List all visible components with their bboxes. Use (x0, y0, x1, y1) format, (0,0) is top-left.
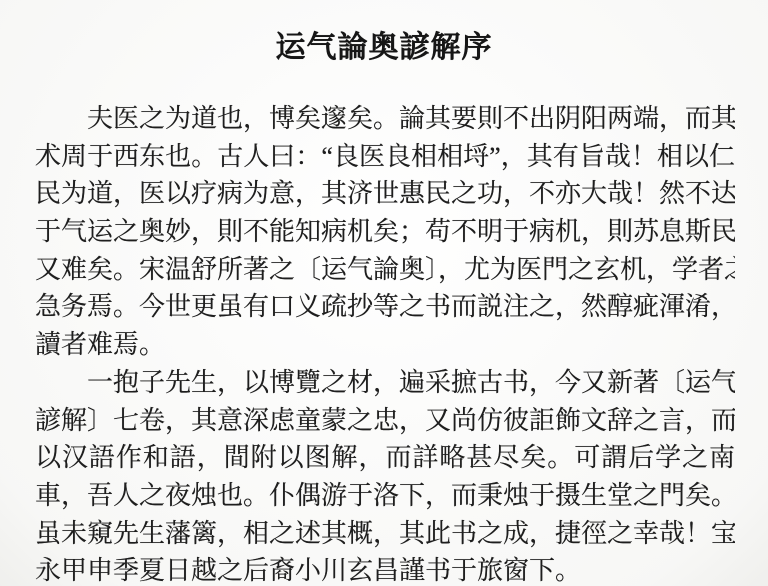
text-line: 永甲申季夏日越之后裔小川玄昌謹书于旅窗下。 (35, 552, 735, 586)
text-line: 諺解〕七卷，其意深虑童蒙之忠，又尚仿彼詎飾文辞之言，而更 (35, 402, 735, 440)
text-line: 急务焉。今世更虽有口义疏抄等之书而説注之，然醇疵渾淆， (35, 288, 735, 326)
text-line: 讀者难焉。 (35, 326, 735, 364)
scanned-document-page: 运气論奥諺解序 夫医之为道也，博矣邃矣。論其要則不出阴阳两端，而其 术周于西东也… (0, 0, 768, 586)
text-line: 民为道，医以疗病为意，其济世惠民之功，不亦大哉！然不达 (35, 175, 735, 213)
text-line: 一抱子先生，以博覽之材，遍采摭古书，今又新著〔运气論 (35, 364, 735, 402)
text-line: 于气运之奥妙，則不能知病机矣；苟不明于病机，則苏息斯民 (35, 213, 735, 251)
text-line: 又难矣。宋温舒所著之〔运气論奥〕，尤为医門之玄机，学者之 (35, 251, 735, 289)
text-line: 車，吾人之夜烛也。仆偶游于洛下，而秉烛于摄生堂之門矣。 (35, 477, 735, 515)
text-line: 以汉語作和語，間附以图解，而詳略甚尽矣。可謂后学之南 (35, 439, 735, 477)
text-line: 夫医之为道也，博矣邃矣。論其要則不出阴阳两端，而其 (35, 100, 735, 138)
document-body: 夫医之为道也，博矣邃矣。論其要則不出阴阳两端，而其 术周于西东也。古人曰：“良医… (35, 100, 735, 586)
text-line: 术周于西东也。古人曰：“良医良相相埒”，其有旨哉！相以仁 (35, 138, 735, 176)
page-title: 运气論奥諺解序 (0, 0, 768, 66)
text-line: 虽未窺先生藩篱，相之述其概，其此书之成，捷徑之幸哉！宝 (35, 515, 735, 553)
